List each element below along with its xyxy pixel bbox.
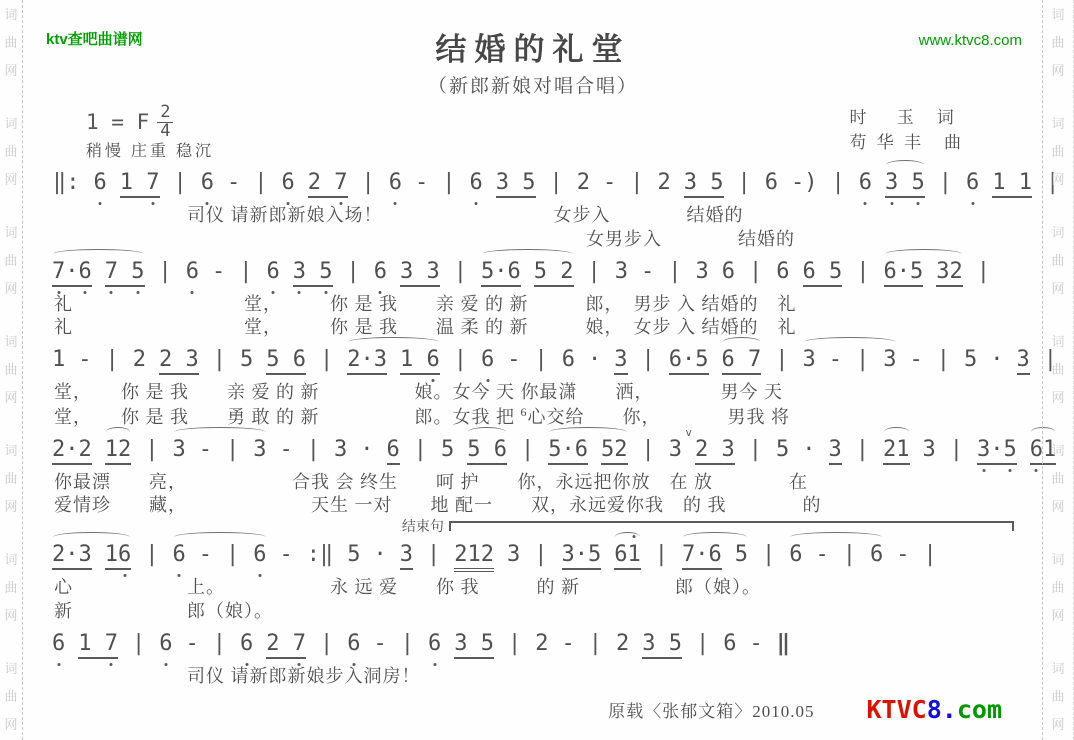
note-token: 7·6 <box>52 259 92 287</box>
note-token: 3·5 <box>977 437 1017 465</box>
ktvc8-logo[interactable]: KTVC8.com <box>867 695 1003 724</box>
note-token: 2 <box>616 631 629 656</box>
note-token: 5 <box>441 437 454 462</box>
note-token: 7·67 5 <box>52 259 145 287</box>
note-token: 32 <box>936 259 963 287</box>
note-token: 6 <box>428 631 441 656</box>
note-token: 6 <box>282 170 295 195</box>
logo-segment: 8 <box>927 695 942 724</box>
source-note: 原载〈张郁文箱〉2010.05 <box>608 697 814 722</box>
note-token: 2 7 <box>266 631 306 659</box>
barline: | <box>441 170 456 195</box>
note-token: 2·3 <box>347 347 387 375</box>
barline: | <box>319 347 334 372</box>
note-token: 6 <box>765 170 778 195</box>
lyric-line: 心 上。 永 远 爱 你 我 的 新 郎（娘）。 <box>54 576 1024 600</box>
note-token: - <box>910 347 923 372</box>
note-token: 3 <box>669 437 682 462</box>
barline: | <box>587 259 602 284</box>
watermark-text: 词曲网 <box>4 662 17 731</box>
barline: | <box>253 170 268 195</box>
note-token: · <box>588 347 601 372</box>
note-token: 1 <box>52 347 65 372</box>
note-token: 6 <box>859 170 872 195</box>
watermark-text: 词曲网 <box>4 226 17 295</box>
barline: | <box>225 542 240 567</box>
note-token: 2 <box>535 631 548 656</box>
lyric-line: 司仪 请新郎新娘入场！ 女步入 结婚的 <box>54 204 1024 228</box>
note-token: 1 7 <box>120 170 160 198</box>
note-token: 6 <box>722 259 735 284</box>
notation-line: 7·67 5|6-|63 5|63 3|5·65 2|3-|36|66 5|6·… <box>52 259 1024 293</box>
note-token: - <box>641 259 654 284</box>
note-token: 6-|6 <box>173 542 267 567</box>
barline: | <box>748 437 763 462</box>
note-token: - <box>227 170 240 195</box>
note-token: 5·652 <box>548 437 627 465</box>
ending-phrase-label: 结束句 <box>402 516 444 536</box>
note-token: 6 <box>562 347 575 372</box>
watermark-text: 词曲网 <box>1051 117 1064 186</box>
note-token: 6 <box>347 631 360 656</box>
barline: | <box>667 259 682 284</box>
barline: | <box>144 542 159 567</box>
note-token: 6·5 <box>884 259 924 287</box>
note-token: · <box>802 437 815 462</box>
note-token: 6 <box>173 542 186 567</box>
barline: ‖ <box>776 631 791 656</box>
barline: | <box>855 259 870 284</box>
note-token: 5 <box>347 542 360 567</box>
barline: | <box>144 437 159 462</box>
note-token: 6 <box>159 631 172 656</box>
note-token: 5 <box>776 437 789 462</box>
barline: | <box>453 259 468 284</box>
note-token: -) <box>791 170 818 195</box>
notation-line: 61 7|6-|62 7|6-|63 5|2-|23 5|6-‖ <box>52 631 1024 665</box>
barline: | <box>306 437 321 462</box>
note-token: 6 <box>966 170 979 195</box>
note-token: 3-|3 <box>803 347 897 372</box>
note-token: 2·2 <box>52 437 92 465</box>
barline: | <box>976 259 991 284</box>
barline: | <box>695 631 710 656</box>
barline: | <box>534 347 549 372</box>
tempo-marking: 稍慢 庄重 稳沉 <box>86 138 214 161</box>
note-token: 21 <box>883 437 910 465</box>
watermark-text: 词曲网 <box>1051 8 1064 77</box>
sheet-page: ktv查吧曲谱网 www.ktvc8.com 结婚的礼堂 （新郎新娘对唱合唱） … <box>24 0 1042 740</box>
note-token: 3 <box>615 259 628 284</box>
lyric-line: 你最漂 亮， 合我 会 终生 呵 护 你，永远把你放 在 放 在 <box>54 471 1024 495</box>
barline: | <box>923 542 938 567</box>
barline: | <box>346 259 361 284</box>
barline: | <box>533 542 548 567</box>
watermark-text: 词曲网 <box>1051 553 1064 622</box>
note-token: 2·316 <box>52 542 131 570</box>
lyric-line: 女男步入 结婚的 <box>54 228 1024 252</box>
logo-segment: KTVC <box>867 695 927 724</box>
barline: | <box>549 170 564 195</box>
note-token: 2·31 6 <box>347 347 440 375</box>
note-token: 6·532 <box>884 259 963 287</box>
note-token: 6·5 <box>669 347 709 375</box>
lyricist: 时 玉 词 <box>850 108 957 127</box>
note-token: 7·6 <box>682 542 722 570</box>
note-token: 3-|3 <box>173 437 267 462</box>
watermark-text: 词曲网 <box>4 335 17 404</box>
barline: ‖: <box>52 170 81 195</box>
note-token: 3 <box>923 437 936 462</box>
barline: | <box>737 170 752 195</box>
lyric-line: 爱情珍 藏， 天生 一对 地 配一 双，永远爱你我 的 我 的 <box>54 494 1024 518</box>
note-token: 3 5 <box>496 170 536 198</box>
meta-row: 1 = F 2 4 稍慢 庄重 稳沉 时 玉 词苟 华 丰 曲 <box>42 104 1024 166</box>
barline: | <box>426 542 441 567</box>
note-token: 5 <box>964 347 977 372</box>
note-token: 5 6 <box>266 347 306 375</box>
song-subtitle: （新郎新娘对唱合唱） <box>42 71 1024 98</box>
note-token: · <box>360 437 373 462</box>
note-token: 1 7 <box>78 631 118 659</box>
note-token: - <box>750 631 763 656</box>
music-system-2: 7·67 5|6-|63 5|63 3|5·65 2|3-|36|66 5|6·… <box>52 259 1024 341</box>
note-token: 61 <box>614 542 641 570</box>
barline: | <box>131 631 146 656</box>
barline: | <box>641 437 656 462</box>
watermark-text: 词曲网 <box>4 444 17 513</box>
music-system-3: 1-|22 3|55 6|2·31 6|6-|6·3|6·56 7|3-|3-|… <box>52 347 1024 430</box>
barline: | <box>400 631 415 656</box>
note-token: 2·3 <box>52 542 92 570</box>
lyric-line: 礼 堂， 你 是 我 亲 爱 的 新 郎， 男步 入 结婚的 礼 <box>54 293 1024 317</box>
barline: | <box>319 631 334 656</box>
note-token: 6 <box>389 170 402 195</box>
note-token: 3 5 <box>454 631 494 659</box>
barline: | <box>938 170 953 195</box>
note-token: 3·5 <box>562 542 602 570</box>
note-token: 6 7 <box>722 347 762 375</box>
note-token: 6 <box>253 542 266 567</box>
note-token: 6 <box>789 542 802 567</box>
note-token: - <box>78 347 91 372</box>
barline: | <box>588 631 603 656</box>
music-system-6: 61 7|6-|62 7|6-|63 5|2-|23 5|6-‖ 司仪 请新郎新… <box>52 631 1024 689</box>
note-token: 3 5 <box>293 259 333 287</box>
time-signature: 2 4 <box>157 104 173 141</box>
barline: | <box>520 437 535 462</box>
note-token: 6 <box>186 259 199 284</box>
note-token: 3 <box>803 347 816 372</box>
note-token: 6 <box>94 170 107 195</box>
note-token: - <box>199 437 212 462</box>
note-token: 7 5 <box>105 259 145 287</box>
barline: | <box>936 347 951 372</box>
footer: 原载〈张郁文箱〉2010.05 KTVC8.com <box>48 695 1002 724</box>
note-token: 3 <box>883 347 896 372</box>
time-numerator: 2 <box>160 104 170 122</box>
note-token: 5·6 <box>481 259 521 287</box>
credits: 时 玉 词苟 华 丰 曲 <box>850 106 965 155</box>
note-token: - <box>212 259 225 284</box>
note-token: · <box>990 347 1003 372</box>
barline: | <box>225 437 240 462</box>
barline: | <box>748 259 763 284</box>
barline: | <box>761 542 776 567</box>
note-token: 3 3 <box>400 259 440 287</box>
key-signature: 1 = F 2 4 <box>86 104 173 141</box>
note-token: 6-|6 <box>789 542 883 567</box>
note-token: - <box>280 437 293 462</box>
barline: | <box>842 542 857 567</box>
note-token: · <box>374 542 387 567</box>
note-token: 6 <box>201 170 214 195</box>
left-watermark-column: 词曲网词曲网词曲网词曲网词曲网词曲网词曲网 <box>0 0 23 740</box>
barline: | <box>173 170 188 195</box>
notation-area: ‖:61 7|6-|62 7|6-|63 5|2-|23 5|6-)|63 5|… <box>42 170 1024 688</box>
note-token: 6 <box>470 170 483 195</box>
note-token: 2 <box>133 347 146 372</box>
composer: 苟 华 丰 曲 <box>850 133 965 152</box>
watermark-text: 词曲网 <box>1051 226 1064 295</box>
note-token: 3 5 <box>642 631 682 659</box>
lyric-line: 礼 堂， 你 是 我 温 柔 的 新 娘， 女步 入 结婚的 礼 <box>54 316 1024 340</box>
note-token: - <box>507 347 520 372</box>
barline: | <box>774 347 789 372</box>
barline: | <box>238 259 253 284</box>
barline: | <box>831 170 846 195</box>
note-token: 1 1 <box>992 170 1032 198</box>
notation-line: 2·316|6-|6-:‖5·3|2123|3·561|7·65|6-|6-| <box>52 542 1024 576</box>
barline: | <box>641 347 656 372</box>
watermark-text: 词曲网 <box>4 8 17 77</box>
note-token: - <box>603 170 616 195</box>
note-token: 2 7 <box>308 170 348 198</box>
key-text: 1 = F <box>86 110 149 134</box>
music-system-5: 结束句2·316|6-|6-:‖5·3|2123|3·561|7·65|6-|6… <box>52 542 1024 624</box>
watermark-text: 词曲网 <box>4 117 17 186</box>
barline: | <box>158 259 173 284</box>
lyric-line: 堂， 你 是 我 亲 爱 的 新 娘。女今 天 你最潇 洒， 男今 天 <box>54 381 1024 405</box>
barline: | <box>507 631 522 656</box>
note-token: 3 5 <box>885 170 925 198</box>
note-token: 5 <box>240 347 253 372</box>
music-system-4: 2·212|3-|3-|3·6|55 6|5·652|32 3|5·3|213|… <box>52 437 1024 519</box>
note-token: 6 <box>267 259 280 284</box>
note-token: 2 3 <box>159 347 199 375</box>
watermark-text: 词曲网 <box>4 553 17 622</box>
note-token: 3 <box>173 437 186 462</box>
note-token: 52 <box>601 437 628 465</box>
barline: | <box>855 437 870 462</box>
site-name-link[interactable]: ktv查吧曲谱网 <box>46 28 143 49</box>
note-token: - <box>562 631 575 656</box>
note-token: 3 <box>829 437 842 465</box>
right-watermark-column: 词曲网词曲网词曲网词曲网词曲网词曲网词曲网 <box>1042 0 1074 740</box>
song-title: 结婚的礼堂 <box>42 24 1024 69</box>
note-token: - <box>816 542 829 567</box>
note-token: 3 <box>614 347 627 375</box>
barline: | <box>855 347 870 372</box>
note-token: 5 6 <box>467 437 507 465</box>
barline: :‖ <box>306 542 335 567</box>
note-token: - <box>186 631 199 656</box>
note-token: 3 <box>696 259 709 284</box>
barline: | <box>453 347 468 372</box>
barline: | <box>949 437 964 462</box>
barline: | <box>212 631 227 656</box>
note-token: 3 <box>253 437 266 462</box>
note-token: 2 <box>658 170 671 195</box>
notation-line: ‖:61 7|6-|62 7|6-|63 5|2-|23 5|6-)|63 5|… <box>52 170 1024 204</box>
site-url-link[interactable]: www.ktvc8.com <box>919 32 1022 49</box>
watermark-text: 词曲网 <box>1051 662 1064 731</box>
note-token: - <box>374 631 387 656</box>
note-token: 6 <box>776 259 789 284</box>
note-token: 6 <box>374 259 387 284</box>
note-token: 5·65 2 <box>481 259 574 287</box>
note-token: - <box>199 542 212 567</box>
note-token: 3 <box>507 542 520 567</box>
note-token: - <box>415 170 428 195</box>
note-token: 3 <box>334 437 347 462</box>
note-token: 3 5 <box>684 170 724 198</box>
note-token: 6 <box>387 437 400 465</box>
note-token: 6 <box>723 631 736 656</box>
note-token: 12 <box>105 437 132 465</box>
note-token: 2 3 <box>695 437 735 465</box>
note-token: 16 <box>105 542 132 570</box>
note-token: - <box>280 542 293 567</box>
barline: | <box>212 347 227 372</box>
note-token: 212 <box>454 542 494 572</box>
barline: | <box>105 347 120 372</box>
watermark-text: 词曲网 <box>1051 444 1064 513</box>
logo-segment: . <box>942 695 957 724</box>
note-token: - <box>896 542 909 567</box>
note-token: 6 5 <box>803 259 843 287</box>
note-token: 5 <box>735 542 748 570</box>
note-token: 1 6 <box>400 347 440 375</box>
barline: | <box>413 437 428 462</box>
notation-line: 2·212|3-|3-|3·6|55 6|5·652|32 3|5·3|213|… <box>52 437 1024 471</box>
music-system-1: ‖:61 7|6-|62 7|6-|63 5|2-|23 5|6-)|63 5|… <box>52 170 1024 252</box>
note-token: 6 <box>870 542 883 567</box>
lyric-line: 堂， 你 是 我 勇 敢 的 新 郎。女我 把 6心交给 你， 男我 将 <box>54 405 1024 430</box>
note-token: 5 2 <box>534 259 574 287</box>
lyric-line: 司仪 请新郎新娘步入洞房！ <box>54 665 1024 689</box>
barline: | <box>654 542 669 567</box>
note-token: 6 <box>240 631 253 656</box>
note-token: - <box>829 347 842 372</box>
note-token: 5·6 <box>548 437 588 465</box>
note-token: 6 <box>481 347 494 372</box>
note-token: 2 <box>577 170 590 195</box>
logo-segment: com <box>957 695 1002 724</box>
notation-line: 1-|22 3|55 6|2·31 6|6-|6·3|6·56 7|3-|3-|… <box>52 347 1024 381</box>
barline: | <box>629 170 644 195</box>
lyric-line: 新 郎（娘）。 <box>54 600 1024 624</box>
note-token: 7·65 <box>682 542 748 570</box>
watermark-text: 词曲网 <box>1051 335 1064 404</box>
note-token: 3 <box>1017 347 1030 375</box>
note-token: 6 <box>52 631 65 656</box>
ending-phrase-line <box>449 521 1014 531</box>
barline: | <box>361 170 376 195</box>
note-token: 3 <box>400 542 413 570</box>
